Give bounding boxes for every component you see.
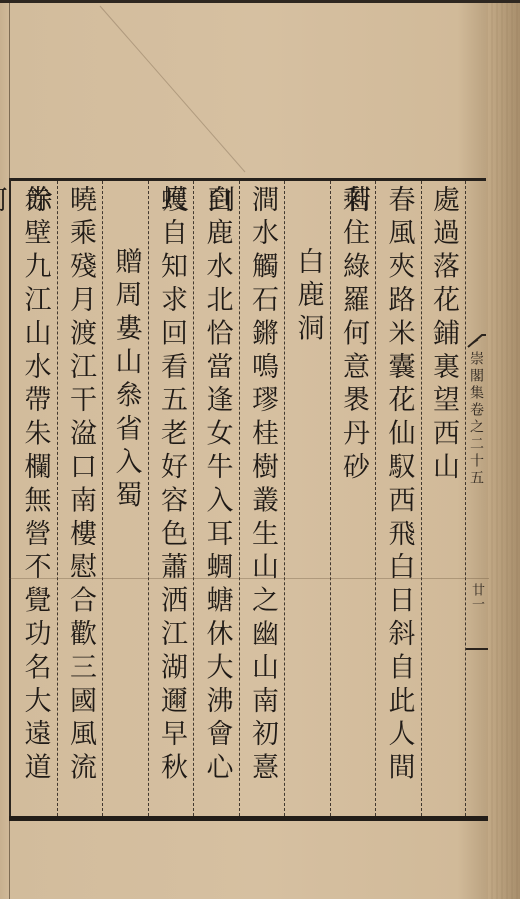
text-column: 白鹿水北恰當逢女牛入耳蜩螗休大沸會心尺 (193, 181, 239, 816)
text-column: 赤壁九江山水帶朱欄無營不覺功名大遠道何 (11, 181, 57, 816)
frame-bottom-rule (9, 816, 488, 821)
verse-line: 赤壁九江山水帶朱欄無營不覺功名大遠道何 (11, 181, 57, 816)
text-column: 處過落花鋪裏望西山 (421, 181, 467, 816)
fish-tail-mark-icon (466, 331, 488, 349)
page-number: 廿一 (466, 583, 486, 611)
page-fold-edge (486, 3, 520, 899)
text-column: 白鹿洞 (284, 181, 330, 816)
text-column: 剩住綠羅何意褁丹砂 (330, 181, 376, 816)
poem-title: 白鹿洞 (285, 181, 330, 816)
verse-line: 蠖自知求回看五老好容色蕭洒江湖邇早秋 (149, 181, 194, 816)
text-columns: 處過落花鋪裏望西山 春風夾路米囊花仙馭西飛白日斜自此人間若 剩住綠羅何意褁丹砂 … (11, 181, 466, 816)
verse-line: 春風夾路米囊花仙馭西飛白日斜自此人間若 (376, 181, 421, 816)
block-seam-line (9, 578, 489, 579)
book-volume-title: 崇閣集卷之二十五 (466, 351, 486, 487)
page-top-edge (0, 0, 520, 3)
verse-line: 處過落花鋪裏望西山 (422, 181, 466, 816)
text-column: 澗水觸石鏘鳴璆桂樹叢生山之幽山南初憙到 (239, 181, 285, 816)
text-column: 春風夾路米囊花仙馭西飛白日斜自此人間若 (375, 181, 421, 816)
verse-line: 白鹿水北恰當逢女牛入耳蜩螗休大沸會心尺 (194, 181, 239, 816)
text-column: 贈周婁山叅省入蜀 (102, 181, 148, 816)
text-column: 蠖自知求回看五老好容色蕭洒江湖邇早秋 (148, 181, 194, 816)
center-margin: 崇閣集卷之二十五 廿一 (466, 181, 486, 816)
margin-tick (466, 648, 488, 650)
verse-line: 曉乘殘月渡江干湓口南樓慰合歡三國風流餘 (58, 181, 103, 816)
verse-line: 澗水觸石鏘鳴璆桂樹叢生山之幽山南初憙到 (240, 181, 285, 816)
text-column: 曉乘殘月渡江干湓口南樓慰合歡三國風流餘 (57, 181, 103, 816)
poem-title: 贈周婁山叅省入蜀 (103, 181, 148, 816)
book-page: 處過落花鋪裏望西山 春風夾路米囊花仙馭西飛白日斜自此人間若 剩住綠羅何意褁丹砂 … (0, 0, 520, 899)
verse-line: 剩住綠羅何意褁丹砂 (331, 181, 376, 816)
